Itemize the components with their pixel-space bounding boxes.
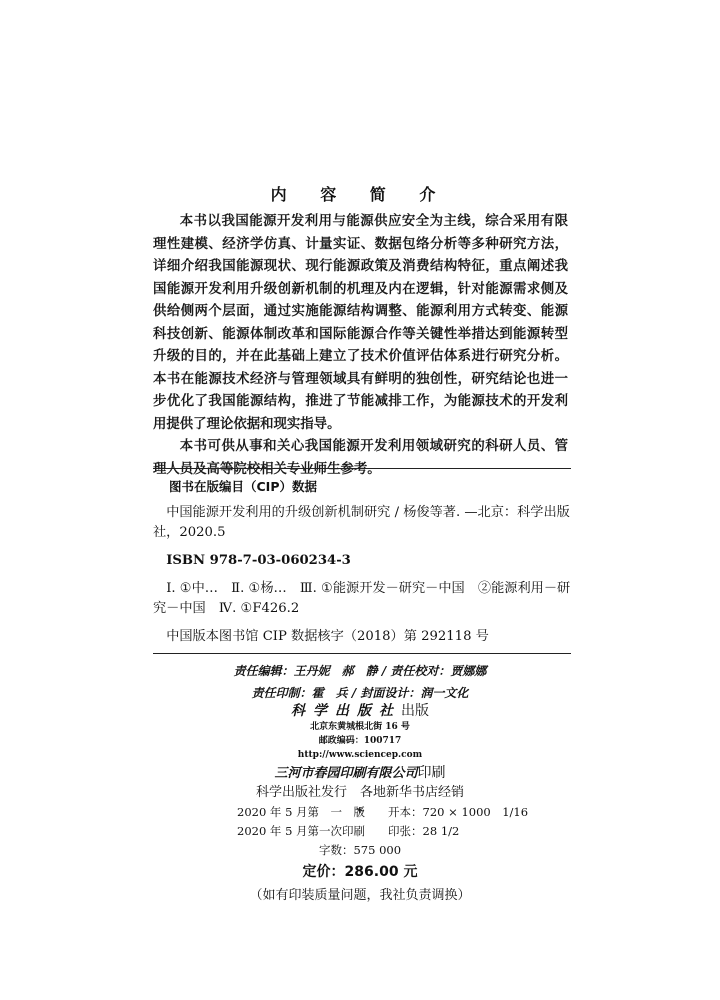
printer-name: 三河市春园印刷有限公司 <box>274 766 417 781</box>
content-summary: 本书以我国能源开发利用与能源供应安全为主线，综合采用有限理性建模、经济学仿真、计… <box>153 210 568 480</box>
editorial-credits: 责任编辑：王丹妮 郝 静 / 责任校对：贾娜娜 责任印制：霍 兵 / 封面设计：… <box>0 660 720 704</box>
print-specs: 2020 年 5 月第 一 版 开本：720 × 1000 1/16 2020 … <box>0 803 720 908</box>
page-title: 内 容 简 介 <box>0 182 720 205</box>
publisher-postcode: 邮政编码：100717 <box>0 734 720 748</box>
bottom-divider <box>153 653 571 654</box>
isbn-text: ISBN 978-7-03-060234-3 <box>153 553 351 568</box>
printing-line: 2020 年 5 月第一次印刷 印张：28 1/2 <box>0 822 720 841</box>
publisher-address: 北京东黄城根北街 16 号 <box>0 720 720 734</box>
word-count: 字数：575 000 <box>0 841 720 860</box>
copyright-page: 内 容 简 介 本书以我国能源开发利用与能源供应安全为主线，综合采用有限理性建模… <box>0 0 720 1000</box>
verification-text: 中国版本图书馆 CIP 数据核字（2018）第 292118 号 <box>153 629 489 644</box>
printer-suffix: 印刷 <box>418 765 446 781</box>
publisher-block: 科学出版社出版 北京东黄城根北街 16 号 邮政编码：100717 http:/… <box>0 700 720 820</box>
isbn: ISBN 978-7-03-060234-3 <box>153 551 571 571</box>
classification-text: Ⅰ. ①中… Ⅱ. ①杨… Ⅲ. ①能源开发－研究－中国 ②能源利用－研究－中国… <box>153 581 570 616</box>
price: 定价：286.00 元 <box>0 860 720 884</box>
cip-record: 中国能源开发利用的升级创新机制研究 / 杨俊等著. —北京：科学出版社，2020… <box>153 503 571 543</box>
distribution-line: 科学出版社发行 各地新华书店经销 <box>0 782 720 804</box>
cip-record-text: 中国能源开发利用的升级创新机制研究 / 杨俊等著. —北京：科学出版社，2020… <box>153 505 570 540</box>
credits-line-1: 责任编辑：王丹妮 郝 静 / 责任校对：贾娜娜 <box>0 660 720 682</box>
publisher-name: 科学出版社 <box>291 703 401 719</box>
cip-classification: Ⅰ. ①中… Ⅱ. ①杨… Ⅲ. ①能源开发－研究－中国 ②能源利用－研究－中国… <box>153 579 571 619</box>
summary-paragraph-1: 本书以我国能源开发利用与能源供应安全为主线，综合采用有限理性建模、经济学仿真、计… <box>153 210 568 435</box>
edition-line: 2020 年 5 月第 一 版 开本：720 × 1000 1/16 <box>0 803 720 822</box>
quality-note: （如有印装质量问题，我社负责调换） <box>0 884 720 908</box>
cip-data-block: 图书在版编目（CIP）数据 中国能源开发利用的升级创新机制研究 / 杨俊等著. … <box>153 468 571 654</box>
cip-heading: 图书在版编目（CIP）数据 <box>169 477 571 495</box>
top-divider <box>153 468 571 469</box>
publisher-suffix: 出版 <box>401 703 429 719</box>
publisher-line: 科学出版社出版 <box>0 700 720 720</box>
printer-line: 三河市春园印刷有限公司印刷 <box>0 762 720 782</box>
cip-verification: 中国版本图书馆 CIP 数据核字（2018）第 292118 号 <box>153 627 571 647</box>
publisher-website: http://www.sciencep.com <box>0 748 720 762</box>
